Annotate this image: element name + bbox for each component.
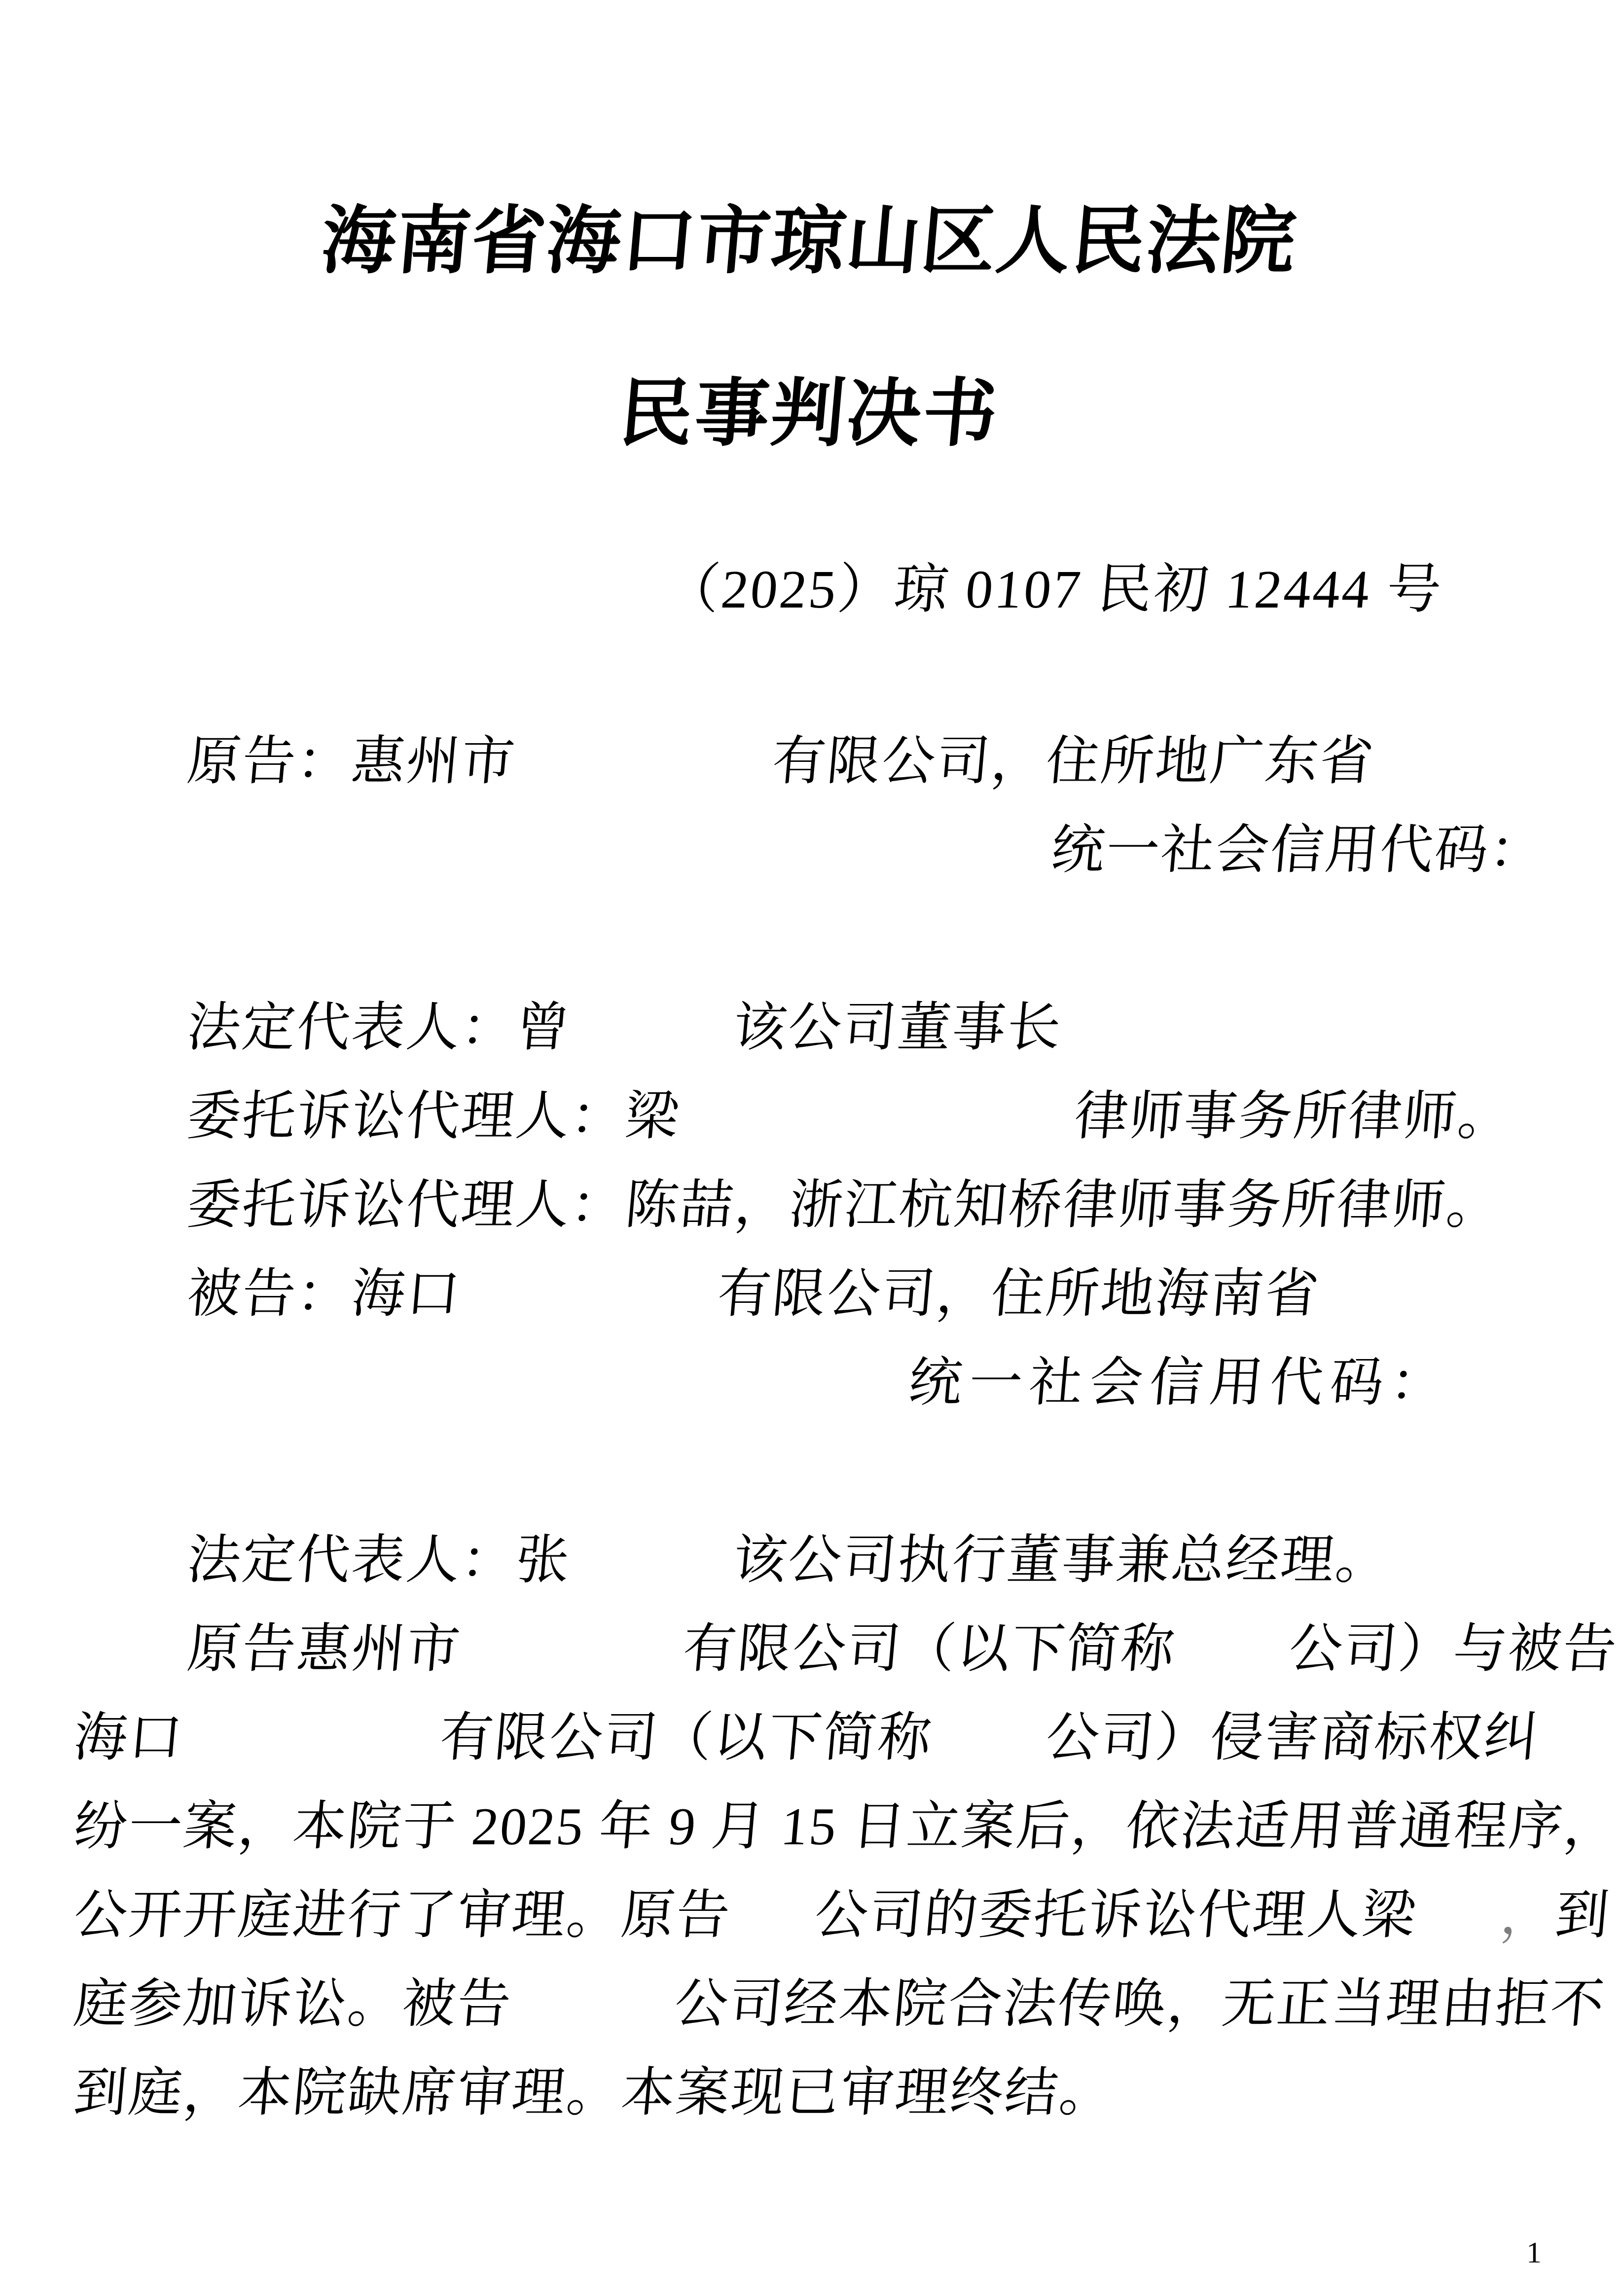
- paragraph-text: 纷一案，本院于 2025 年 9 月 15 日立案后，依法适用普通程序，: [72, 1797, 1621, 1856]
- judgment-page: 海南省海口市琼山区人民法院 民事判决书 （2025）琼 0107 民初 1244…: [0, 0, 1623, 2138]
- paragraph-text: 公司）与被告: [1287, 1620, 1620, 1679]
- attorney-line-2: 委托诉讼代理人：陈喆，浙江杭知桥律师事务所律师。: [70, 1161, 1548, 1250]
- redaction-gap: [729, 1933, 813, 1933]
- redaction-gap: [460, 1666, 682, 1667]
- paragraph-text: 原告惠州市: [185, 1620, 464, 1679]
- redacted-blank-line: [74, 895, 1544, 984]
- credit-code-label: 统一社会信用代码：: [1049, 821, 1547, 880]
- redaction-gap: [510, 2021, 673, 2022]
- redaction-gap: [1415, 1933, 1499, 1933]
- legal-rep-prefix: 法定代表人：张: [185, 1531, 573, 1590]
- paragraph-text: 到庭，本院缺席审理。本案现已审理终结。: [72, 2064, 1117, 2122]
- paragraph-text: 有限公司（以下简称: [437, 1709, 935, 1767]
- legal-rep-suffix: 该公司执行董事兼总经理。: [731, 1531, 1393, 1590]
- case-number: （2025）琼 0107 民初 12444 号: [70, 545, 1548, 634]
- attorney-prefix: 委托诉讼代理人：梁: [185, 1087, 683, 1146]
- paragraph-text: 公开开庭进行了审理。原告: [72, 1886, 733, 1945]
- paragraph-text: 公司）侵害商标权纠: [1044, 1709, 1541, 1767]
- paragraph-text: 海口: [72, 1709, 186, 1767]
- paragraph-line: 纷一案，本院于 2025 年 9 月 15 日立案后，依法适用普通程序，: [70, 1783, 1548, 1871]
- legal-rep-prefix: 法定代表人：曾: [185, 999, 573, 1057]
- faint-comma: ，: [1498, 1886, 1558, 1945]
- attorney-suffix: 律师事务所律师。: [1072, 1087, 1515, 1146]
- paragraph-text: 有限公司（以下简称: [681, 1620, 1178, 1679]
- attorney-full-text: 委托诉讼代理人：陈喆，浙江杭知桥律师事务所律师。: [185, 1176, 1504, 1235]
- paragraph-text: 到: [1553, 1886, 1613, 1945]
- paragraph-text: 公司的委托诉讼代理人梁: [812, 1886, 1419, 1945]
- credit-code-line-1: 统一社会信用代码：: [70, 806, 1548, 895]
- paragraph-line: 庭参加诉讼。被告公司经本院合法传唤，无正当理由拒不: [70, 1960, 1548, 2049]
- plaintiff-suffix: 有限公司，住所地广东省: [770, 732, 1377, 791]
- legal-rep-line-1: 法定代表人：曾该公司董事长: [70, 984, 1548, 1073]
- attorney-line-1: 委托诉讼代理人：梁律师事务所律师。: [70, 1073, 1548, 1161]
- defendant-prefix: 被告：海口: [185, 1265, 464, 1324]
- redacted-blank-line: [74, 1428, 1544, 1516]
- redaction-gap: [931, 1755, 1045, 1756]
- paragraph-line: 公开开庭进行了审理。原告公司的委托诉讼代理人梁，到: [70, 1871, 1548, 1960]
- defendant-suffix: 有限公司，住所地海南省: [715, 1265, 1322, 1324]
- defendant-line: 被告：海口有限公司，住所地海南省: [70, 1250, 1548, 1339]
- paragraph-line: 海口有限公司（以下简称公司）侵害商标权纠: [70, 1694, 1548, 1783]
- redaction-gap: [460, 1311, 716, 1312]
- legal-rep-suffix: 该公司董事长: [731, 999, 1064, 1057]
- redaction-gap: [1174, 1666, 1288, 1667]
- redaction-gap: [569, 1578, 732, 1578]
- plaintiff-prefix: 原告：惠州市: [185, 732, 518, 791]
- legal-rep-line-2: 法定代表人：张该公司执行董事兼总经理。: [70, 1516, 1548, 1605]
- credit-code-line-2: 统一社会信用代码：: [70, 1339, 1548, 1428]
- paragraph-line: 原告惠州市有限公司（以下简称公司）与被告: [70, 1605, 1548, 1694]
- redaction-gap: [514, 779, 771, 779]
- doc-type-title: 民事判决书: [70, 365, 1548, 464]
- redaction-gap: [569, 1045, 732, 1045]
- redaction-gap: [679, 1134, 1073, 1134]
- page-number: 1: [1526, 2235, 1542, 2270]
- paragraph-text: 庭参加诉讼。被告: [72, 1975, 514, 2034]
- court-name: 海南省海口市琼山区人民法院: [70, 192, 1548, 291]
- plaintiff-line: 原告：惠州市有限公司，住所地广东省: [70, 717, 1548, 806]
- paragraph-line: 到庭，本院缺席审理。本案现已审理终结。: [70, 2049, 1548, 2138]
- credit-code-label: 统一社会信用代码：: [906, 1354, 1453, 1412]
- paragraph-text: 公司经本院合法传唤，无正当理由拒不: [672, 1975, 1608, 2034]
- redaction-gap: [182, 1755, 438, 1756]
